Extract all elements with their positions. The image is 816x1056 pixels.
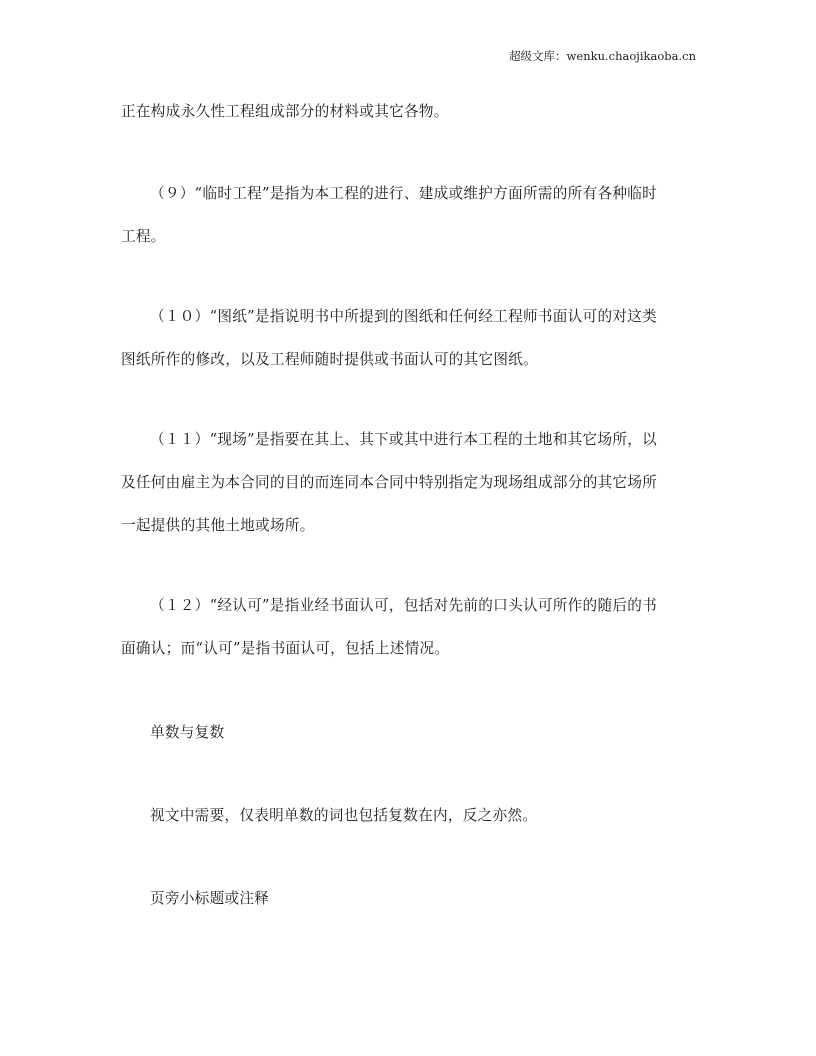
paragraph-line: （９）“临时工程”是指为本工程的进行、建成或维护方面所需的所有各种临时 [150,182,657,203]
paragraph-line: 图纸所作的修改，以及工程师随时提供或书面认可的其它图纸。 [121,348,538,369]
section-heading: 页旁小标题或注释 [150,887,269,908]
paragraph-line: （１０）“图纸”是指说明书中所提到的图纸和任何经工程师书面认可的对这类 [150,305,657,326]
paragraph-line: 正在构成永久性工程组成部分的材料或其它各物。 [121,100,449,121]
page-header-site: 超级文库：wenku.chaojikaoba.cn [509,48,696,64]
paragraph-line: （１２）“经认可”是指业经书面认可，包括对先前的口头认可所作的随后的书 [150,594,657,615]
paragraph-line: 面确认；而“认可”是指书面认可，包括上述情况。 [121,637,449,658]
paragraph-line: 一起提供的其他土地或场所。 [121,514,315,535]
paragraph-line: 工程。 [121,225,166,246]
paragraph-line: 视文中需要，仅表明单数的词也包括复数在内，反之亦然。 [150,804,537,825]
paragraph-line: 及任何由雇主为本合同的目的而连同本合同中特别指定为现场组成部分的其它场所 [121,471,657,492]
paragraph-line: （１１）“现场”是指要在其上、其下或其中进行本工程的土地和其它场所，以 [150,428,657,449]
section-heading: 单数与复数 [150,721,224,742]
